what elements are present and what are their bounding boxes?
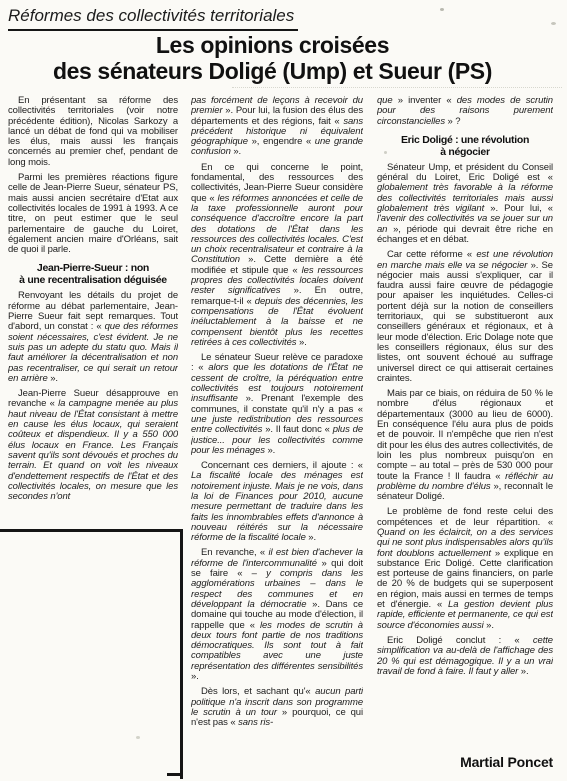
paragraph: Concernant ces derniers, il ajoute : « L… xyxy=(191,461,363,543)
section-heading-dolige: Eric Doligé : une révolution à négocier xyxy=(377,134,553,158)
paragraph: que » inventer « des modes de scrutin po… xyxy=(377,96,553,127)
paragraph: En ce qui concerne le point, fondamental… xyxy=(191,163,363,348)
section-heading-line1: Eric Doligé : une révolution xyxy=(377,134,553,146)
scan-artifact-line xyxy=(232,87,562,88)
scan-speck xyxy=(551,22,556,25)
paragraph: Sénateur Ump, et président du Conseil gé… xyxy=(377,163,553,245)
column-1: En présentant sa réforme des collectivit… xyxy=(8,96,178,524)
section-heading-sueur: Jean-Pierre-Sueur : non à une recentrali… xyxy=(8,262,178,286)
section-heading-line2: à une recentralisation déguisée xyxy=(8,274,178,286)
newspaper-page: Réformes des collectivités territoriales… xyxy=(0,0,567,781)
empty-box-frame-corner xyxy=(167,773,180,776)
section-kicker: Réformes des collectivités territoriales xyxy=(8,5,298,31)
paragraph: Car cette réforme « est une révolution e… xyxy=(377,250,553,384)
paragraph: pas forcément de leçons à recevoir du pr… xyxy=(191,96,363,158)
paragraph: En présentant sa réforme des collectivit… xyxy=(8,96,178,168)
paragraph: Dès lors, et sachant qu'« aucun parti po… xyxy=(191,687,363,728)
article-title-line2: des sénateurs Doligé (Ump) et Sueur (PS) xyxy=(0,59,545,85)
paragraph: Parmi les premières réactions figure cel… xyxy=(8,173,178,255)
scan-speck xyxy=(136,736,140,739)
paragraph: En revanche, « il est bien d'achever la … xyxy=(191,548,363,682)
section-heading-line2: à négocier xyxy=(377,146,553,158)
paragraph: Le problème de fond reste celui des comp… xyxy=(377,507,553,631)
scan-speck xyxy=(440,8,444,11)
paragraph: Eric Doligé conclut : « cette simplifica… xyxy=(377,636,553,677)
paragraph: Jean-Pierre Sueur désapprouve en revanch… xyxy=(8,389,178,502)
column-3: que » inventer « des modes de scrutin po… xyxy=(377,96,553,780)
paragraph: Le sénateur Sueur relève ce paradoxe : «… xyxy=(191,353,363,456)
scan-speck xyxy=(384,151,387,154)
section-heading-line1: Jean-Pierre-Sueur : non xyxy=(8,262,178,274)
article-title: Les opinions croisées des sénateurs Doli… xyxy=(0,33,545,84)
article-title-line1: Les opinions croisées xyxy=(0,33,545,59)
empty-box-frame xyxy=(0,529,183,779)
paragraph: Mais par ce biais, on réduira de 50 % le… xyxy=(377,389,553,502)
column-2: pas forcément de leçons à recevoir du pr… xyxy=(191,96,363,780)
byline: Martial Poncet xyxy=(377,754,553,770)
paragraph: Renvoyant les détails du projet de réfor… xyxy=(8,291,178,384)
